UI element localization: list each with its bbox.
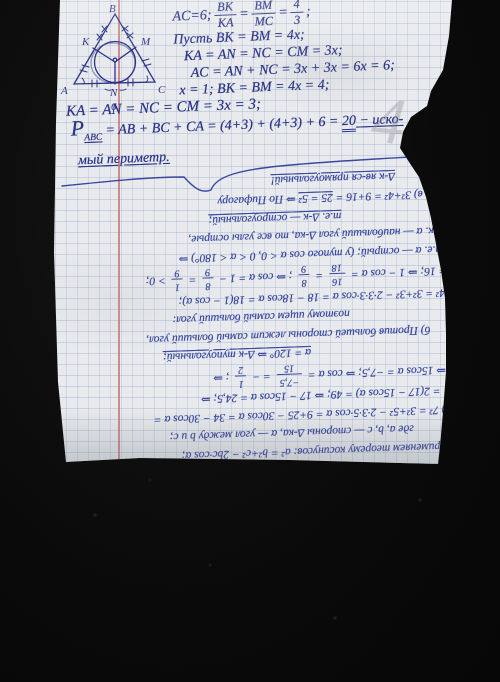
text-run: ; xyxy=(306,3,311,20)
fraction: 89 xyxy=(298,263,310,288)
text-run: мый периметр. xyxy=(78,150,170,169)
text-run: 25 = 5² xyxy=(298,191,333,204)
fraction: 43 xyxy=(290,0,303,26)
text-run: ; ⇒ cos α = 1 − xyxy=(216,270,295,285)
text-run: ; ⇒ xyxy=(213,371,233,384)
text-run: поэтому ищем самый больший угол: xyxy=(172,308,350,326)
text-run: т.е. Δ-к — остроугольный; xyxy=(208,209,341,226)
text-run: ABC xyxy=(84,133,102,144)
photo-background: { "scene": { "background_color": "#0a0a0… xyxy=(0,0,500,682)
text-run: = − xyxy=(249,369,274,382)
text-run: = xyxy=(186,273,200,285)
text-run: P xyxy=(70,116,84,140)
fraction: 19 xyxy=(171,267,183,292)
fraction: 1618 xyxy=(329,261,346,286)
fraction: 89 xyxy=(202,266,214,291)
fraction: 12 xyxy=(235,364,247,389)
problem2-worksheet-flipped: Применяем теорему косинусов: a² = b²+c² … xyxy=(47,173,455,469)
text-run: ⇒ 15cos α = −7,5; ⇒ cos α = xyxy=(305,363,446,380)
text-run: 20 xyxy=(342,114,357,133)
text-run: ⇒ По Пифагору xyxy=(217,192,299,207)
text-run: > 0; xyxy=(145,274,168,287)
text-run: = xyxy=(278,4,288,21)
text-run: = xyxy=(312,269,326,281)
fraction: −7,515 xyxy=(276,362,302,387)
text-run: = 16; ⇒ 1 − cos α = xyxy=(348,264,447,279)
text-run: = xyxy=(239,5,249,22)
notebook-page: B K M A N C 6 AC=6; BKKA = BMMC = 43 ;Пу… xyxy=(0,0,500,464)
fraction: BMMC xyxy=(251,0,276,28)
text-run: в) 3²+4² = 9+16 = xyxy=(333,188,423,203)
text-run: = AB + BC + CA = (4+3) + (4+3) + 6 = xyxy=(102,114,342,138)
text-run: AC=6; xyxy=(172,7,212,25)
text-run: α = 120° ⇒ Δ-к тупоугольный; xyxy=(163,346,312,363)
text-run: Δ-к яв-ся прямоугольный! xyxy=(271,170,396,186)
fraction: BKKA xyxy=(214,0,237,29)
